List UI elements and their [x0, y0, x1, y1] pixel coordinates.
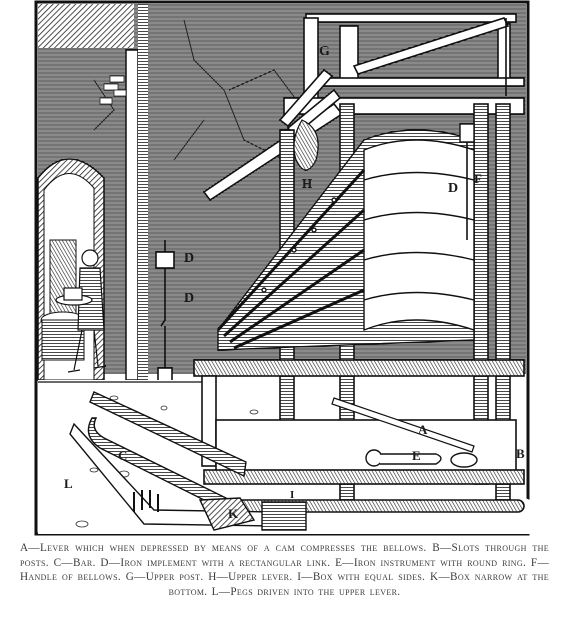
caption-entry-E: E—Iron instrument with round ring.: [335, 557, 526, 569]
caption-entry-H: H—Upper lever.: [208, 571, 292, 583]
label-D-bellows: D: [448, 181, 458, 196]
label-B: B: [516, 446, 525, 461]
woodcut-illustration: D D: [34, 0, 530, 536]
pillar: [126, 50, 138, 380]
label-K: K: [228, 506, 239, 521]
label-C: C: [118, 448, 127, 463]
label-L: L: [64, 476, 73, 491]
caption-entry-A: A—Lever which when depressed by means of…: [20, 542, 427, 554]
figure-caption: A—Lever which when depressed by means of…: [20, 541, 549, 599]
label-D-wall-lower: D: [184, 291, 194, 306]
box-I: [262, 502, 306, 530]
label-D-wall-upper: D: [184, 251, 194, 266]
label-G: G: [319, 44, 330, 59]
caption-entry-I: I—Box with equal sides.: [297, 571, 425, 583]
caption-entry-G: G—Upper post.: [126, 571, 204, 583]
label-F: F: [474, 171, 482, 186]
label-H: H: [302, 176, 312, 191]
label-E: E: [412, 448, 421, 463]
label-I: I: [290, 489, 294, 501]
caption-entry-C: C—Bar.: [54, 557, 96, 569]
caption-entry-D: D—Iron implement with a rectangular link…: [100, 557, 330, 569]
caption-entry-L: L—Pegs driven into the upper lever.: [212, 586, 401, 598]
label-A: A: [418, 422, 428, 437]
